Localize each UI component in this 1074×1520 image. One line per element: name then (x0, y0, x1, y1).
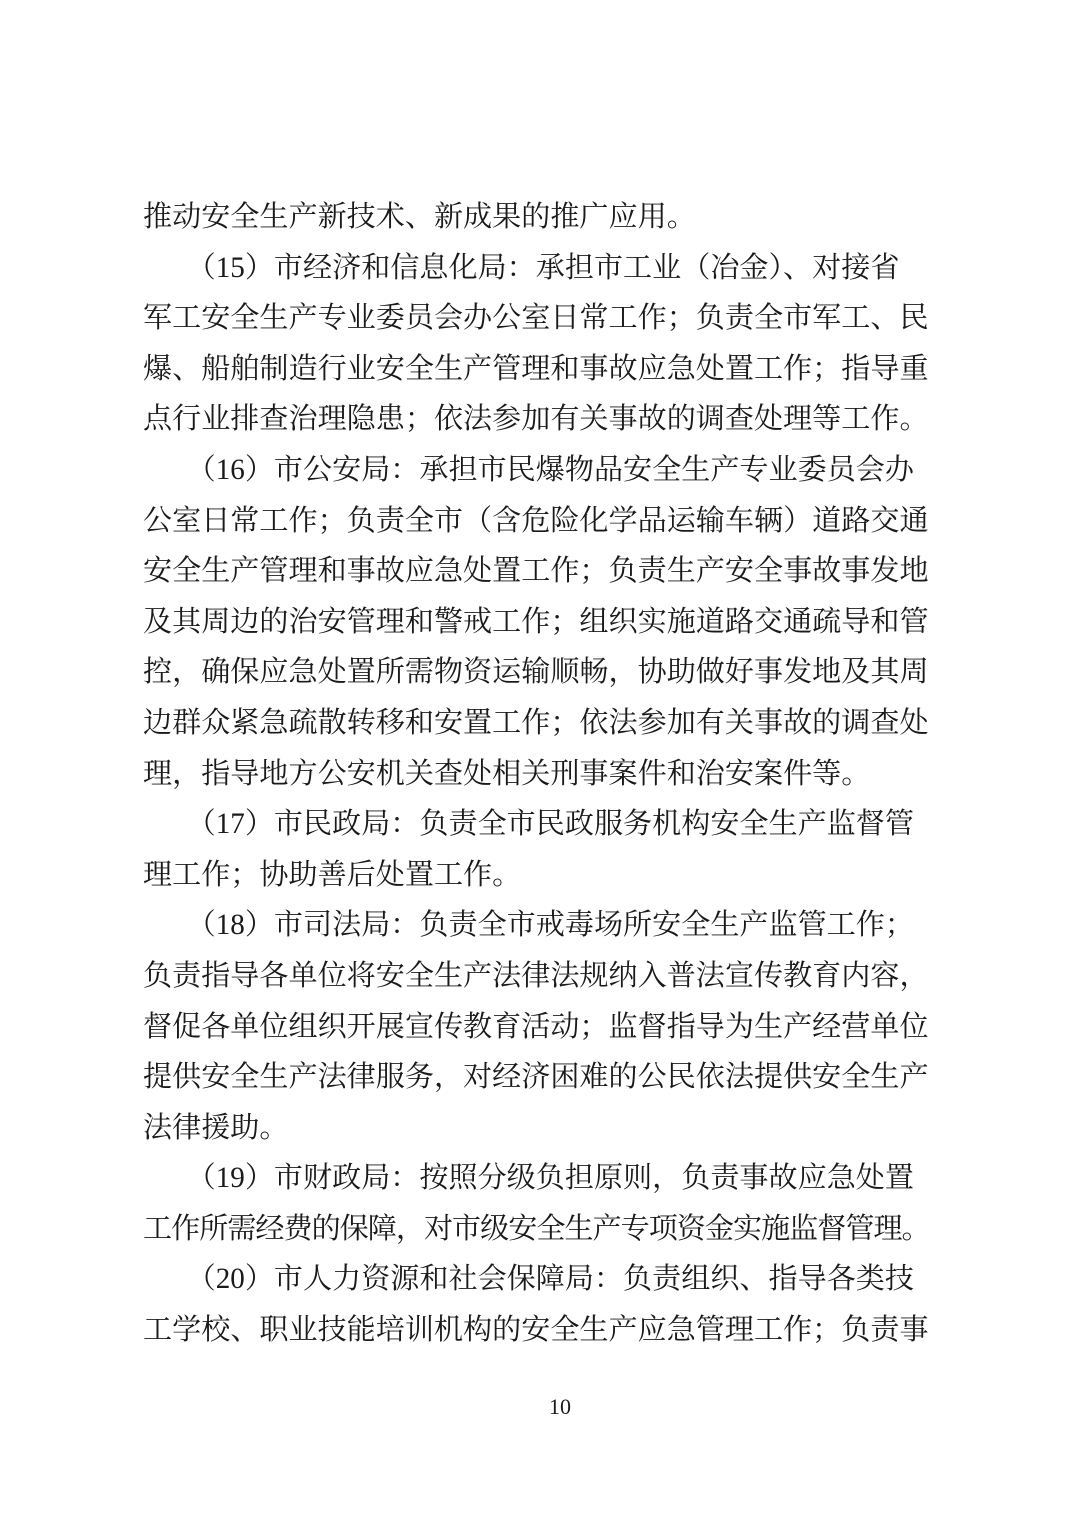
text-line: 工学校、职业技能培训机构的安全生产应急管理工作；负责事 (143, 1305, 930, 1356)
paragraph: （17）市民政局：负责全市民政服务机构安全生产监督管理工作；协助善后处置工作。 (143, 799, 930, 900)
text-line: 边群众紧急疏散转移和安置工作；依法参加有关事故的调查处 (143, 698, 930, 749)
page-number: 10 (549, 1394, 571, 1420)
text-line: 及其周边的治安管理和警戒工作；组织实施道路交通疏导和管 (143, 597, 930, 648)
text-line: 安全生产管理和事故应急处置工作；负责生产安全事故事发地 (143, 546, 930, 597)
paragraph: （16）市公安局：承担市民爆物品安全生产专业委员会办公室日常工作；负责全市（含危… (143, 445, 930, 799)
text-line: 工作所需经费的保障，对市级安全生产专项资金实施监督管理。 (143, 1204, 930, 1255)
text-line: 公室日常工作；负责全市（含危险化学品运输车辆）道路交通 (143, 496, 930, 547)
text-line: 理工作；协助善后处置工作。 (143, 850, 930, 901)
paragraph: （18）市司法局：负责全市戒毒场所安全生产监管工作；负责指导各单位将安全生产法律… (143, 900, 930, 1153)
paragraph: 推动安全生产新技术、新成果的推广应用。 (143, 192, 930, 243)
text-line: （19）市财政局：按照分级负担原则，负责事故应急处置 (143, 1153, 930, 1204)
text-line: （20）市人力资源和社会保障局：负责组织、指导各类技 (143, 1254, 930, 1305)
text-line: （17）市民政局：负责全市民政服务机构安全生产监督管 (143, 799, 930, 850)
text-line: 军工安全生产专业委员会办公室日常工作；负责全市军工、民 (143, 293, 930, 344)
paragraph: （15）市经济和信息化局：承担市工业（冶金）、对接省军工安全生产专业委员会办公室… (143, 243, 930, 445)
text-line: （15）市经济和信息化局：承担市工业（冶金）、对接省 (143, 243, 930, 294)
text-line: 负责指导各单位将安全生产法律法规纳入普法宣传教育内容， (143, 951, 930, 1002)
text-line: 理，指导地方公安机关查处相关刑事案件和治安案件等。 (143, 749, 930, 800)
text-line: 爆、船舶制造行业安全生产管理和事故应急处置工作；指导重 (143, 344, 930, 395)
text-line: 督促各单位组织开展宣传教育活动；监督指导为生产经营单位 (143, 1002, 930, 1053)
text-line: 提供安全生产法律服务，对经济困难的公民依法提供安全生产 (143, 1052, 930, 1103)
text-line: 法律援助。 (143, 1103, 930, 1154)
text-line: 控，确保应急处置所需物资运输顺畅，协助做好事发地及其周 (143, 647, 930, 698)
text-line: 点行业排查治理隐患；依法参加有关事故的调查处理等工作。 (143, 394, 930, 445)
text-line: （18）市司法局：负责全市戒毒场所安全生产监管工作； (143, 900, 930, 951)
text-line: 推动安全生产新技术、新成果的推广应用。 (143, 192, 930, 243)
document-body: 推动安全生产新技术、新成果的推广应用。 （15）市经济和信息化局：承担市工业（冶… (143, 192, 930, 1356)
text-line: （16）市公安局：承担市民爆物品安全生产专业委员会办 (143, 445, 930, 496)
document-page: 推动安全生产新技术、新成果的推广应用。 （15）市经济和信息化局：承担市工业（冶… (0, 0, 1074, 1520)
paragraph: （20）市人力资源和社会保障局：负责组织、指导各类技工学校、职业技能培训机构的安… (143, 1254, 930, 1355)
paragraph: （19）市财政局：按照分级负担原则，负责事故应急处置工作所需经费的保障，对市级安… (143, 1153, 930, 1254)
